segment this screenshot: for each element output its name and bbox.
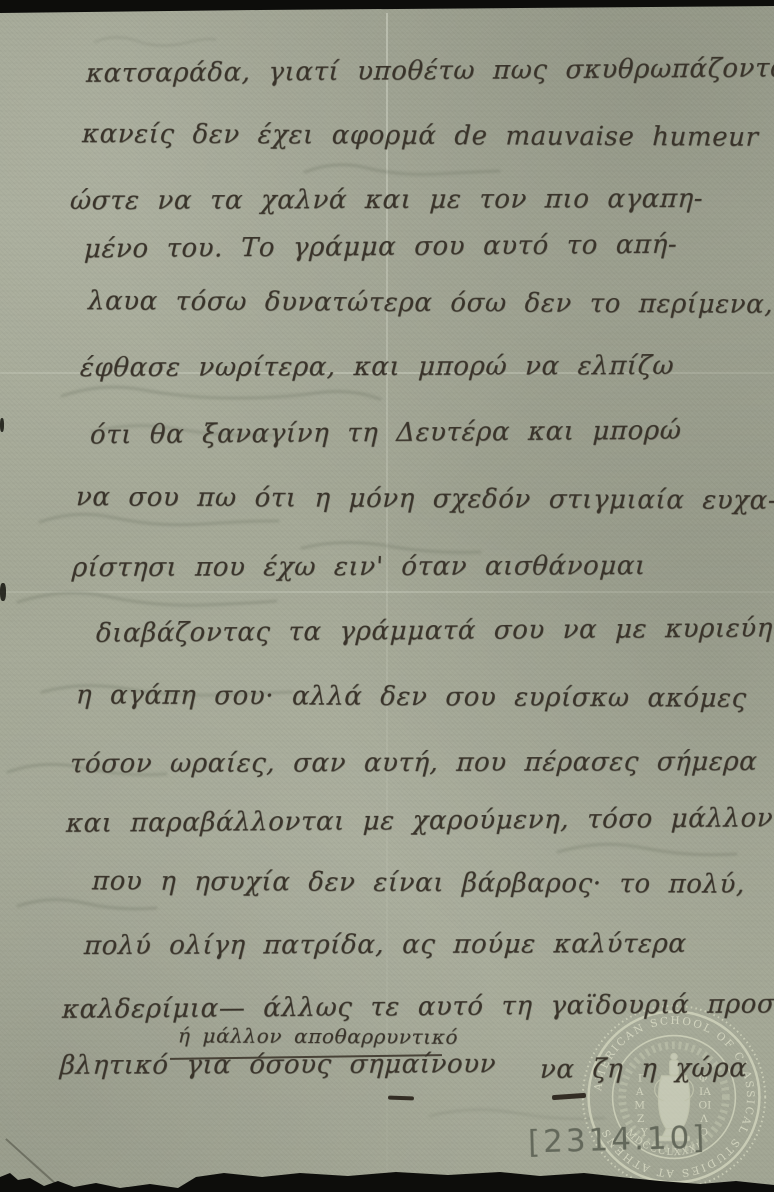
handwriting-line-13: και παραβάλλονται με χαρούμενη, τόσο μάλ… <box>66 803 774 839</box>
handwriting-line-17: βλητικό για όσους σημαίνουν <box>59 1049 497 1081</box>
bleed-through-squiggle <box>305 165 499 175</box>
bleed-through-squiggle <box>18 593 276 605</box>
handwriting-line-14: που η ησυχία δεν είναι βάρβαρος· το πολύ… <box>92 866 746 899</box>
edge-nick <box>0 583 6 601</box>
handwriting-line-12: τόσον ωραίες, σαν αυτή, που πέρασες σήμε… <box>69 747 758 779</box>
handwriting-line-1: κατσαράδα, γιατί υποθέτω πως σκυθρωπάζον… <box>86 53 774 89</box>
handwriting-line-16: καλδερίμια— άλλως τε αυτό τη γαϊδουριά π… <box>62 989 774 1025</box>
closing-tail: να ζη η χώρα <box>540 1053 748 1085</box>
bleed-through-squiggle <box>18 900 156 909</box>
handwriting-line-9: ρίστησι που έχω ειν' όταν αισθάνομαι <box>71 551 646 583</box>
scanned-letter-page: AMERICAN SCHOOL OF CLASSICAL STUDIES AT … <box>0 0 774 1192</box>
bleed-through-squiggle <box>40 514 278 524</box>
handwriting-line-10: διαβάζοντας τα γράμματά σου να με κυριεύ… <box>96 613 774 648</box>
handwriting-line-3: ώστε να τα χαλνά και με τον πιο αγαπη- <box>69 184 704 216</box>
edge-nick <box>0 418 4 432</box>
handwriting-line-4: μένο του. Το γράμμα σου αυτό το απή- <box>84 230 678 265</box>
handwriting-line-15: πολύ ολίγη πατρίδα, ας πούμε καλύτερα <box>83 929 687 961</box>
handwriting-line-8: να σου πω ότι η μόνη σχεδόν στιγμιαία ευ… <box>76 482 774 516</box>
scan-edge-bottom-jagged <box>0 1172 774 1192</box>
bleed-through-squiggle <box>558 844 736 854</box>
scan-edge-bottom <box>0 1160 774 1192</box>
handwriting-line-5: λαυα τόσω δυνατώτερα όσω δεν το περίμενα… <box>88 286 774 320</box>
bleed-through-squiggle <box>62 387 380 399</box>
handwriting-line-7: ότι θα ξαναγίνη τη Δευτέρα και μπορώ <box>90 416 682 451</box>
handwriting-line-2: κανείς δεν έχει αφορμά de mauvaise humeu… <box>82 119 774 153</box>
interlinear-correction: ή μάλλον αποθαρρυντικό <box>178 1023 459 1048</box>
handwriting-line-6: έφθασε νωρίτερα, και μπορώ να ελπίζω <box>79 351 675 383</box>
bleed-through-squiggle <box>95 37 215 45</box>
catalog-number: [2314.10] <box>528 1120 708 1161</box>
handwriting-line-11: η αγάπη σου· αλλά δεν σου ευρίσκω ακόμες <box>76 680 747 714</box>
